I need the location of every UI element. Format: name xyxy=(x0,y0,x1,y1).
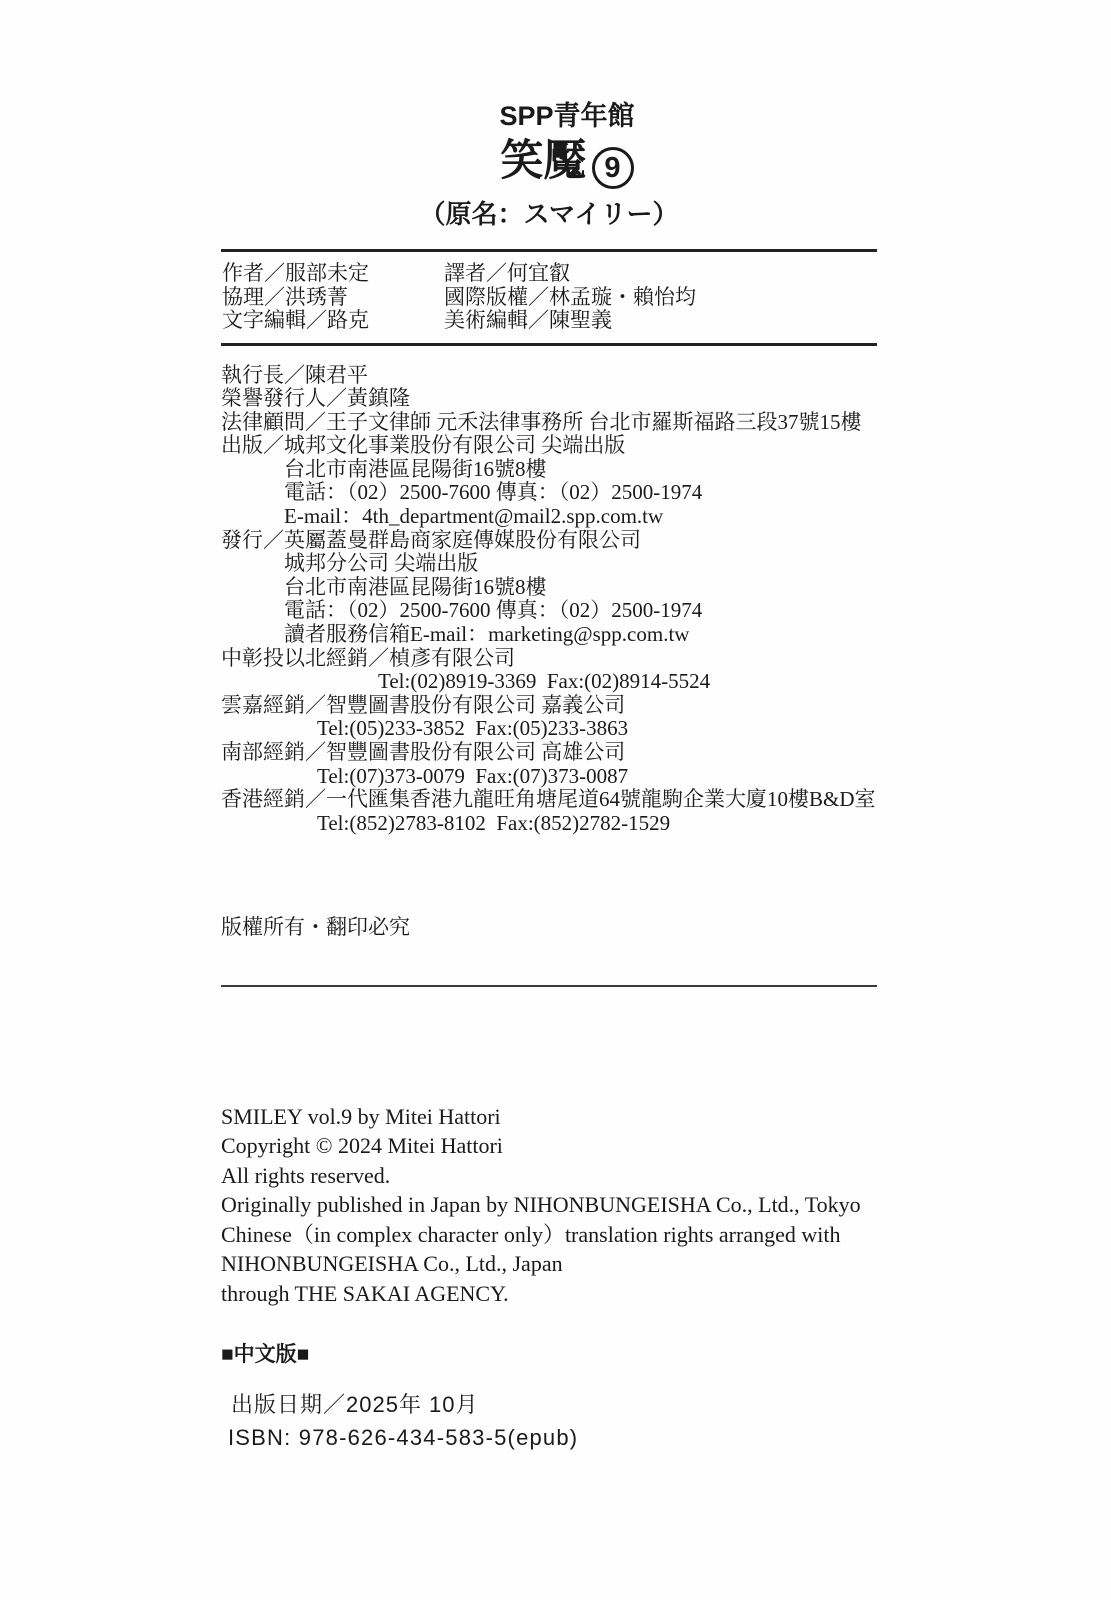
english-rights-line: SMILEY vol.9 by Mitei Hattori xyxy=(221,1102,913,1132)
credit-line: 譯者／何宜叡 xyxy=(444,262,696,286)
divider-credits xyxy=(221,343,877,346)
publishing-line: Tel:(852)2783-8102 Fax:(852)2782-1529 xyxy=(317,812,913,836)
publishing-line: 法律顧問／王子文律師 元禾法律事務所 台北市羅斯福路三段37號15樓 xyxy=(221,411,913,435)
credits-section: 作者／服部未定協理／洪琇菁文字編輯／路克 譯者／何宜叡國際版權／林孟璇・賴怡均美… xyxy=(221,252,913,343)
credit-line: 國際版權／林孟璇・賴怡均 xyxy=(444,286,696,310)
publishing-line: 中彰投以北經銷／楨彥有限公司 xyxy=(221,647,913,671)
publishing-line: 南部經銷／智豐圖書股份有限公司 高雄公司 xyxy=(221,741,913,765)
english-rights-section: SMILEY vol.9 by Mitei HattoriCopyright ©… xyxy=(221,1013,913,1308)
publishing-line: Tel:(05)233-3852 Fax:(05)233-3863 xyxy=(317,717,913,741)
credits-right-column: 譯者／何宜叡國際版權／林孟璇・賴怡均美術編輯／陳聖義 xyxy=(444,262,696,333)
imprint-label: SPP青年館 xyxy=(239,100,895,132)
english-rights-line: NIHONBUNGEISHA Co., Ltd., Japan xyxy=(221,1249,913,1279)
publishing-line: 香港經銷／一代匯集香港九龍旺角塘尾道64號龍駒企業大廈10樓B&D室 xyxy=(221,788,913,812)
publishing-line: E-mail：4th_department@mail2.spp.com.tw xyxy=(284,505,913,529)
english-rights-line: Chinese（in complex character only）transl… xyxy=(221,1220,913,1250)
publishing-line: 台北市南港區昆陽街16號8樓 xyxy=(284,576,913,600)
publishing-line: 發行／英屬蓋曼群島商家庭傳媒股份有限公司 xyxy=(221,529,913,553)
credit-line: 美術編輯／陳聖義 xyxy=(444,309,696,333)
english-rights-line: Originally published in Japan by NIHONBU… xyxy=(221,1190,913,1220)
publishing-line: 台北市南港區昆陽街16號8樓 xyxy=(284,458,913,482)
colophon-content: SPP青年館 笑魘9 （原名：スマイリー） 作者／服部未定協理／洪琇菁文字編輯／… xyxy=(221,0,913,1450)
english-rights-line: Copyright © 2024 Mitei Hattori xyxy=(221,1131,913,1161)
edition-label: ■中文版■ xyxy=(221,1343,913,1367)
publishing-info-section: 執行長／陳君平榮譽發行人／黃鎮隆法律顧問／王子文律師 元禾法律事務所 台北市羅斯… xyxy=(221,364,913,836)
english-rights-line: through THE SAKAI AGENCY. xyxy=(221,1279,913,1309)
credit-line: 作者／服部未定 xyxy=(222,262,444,286)
copyright-notice: 版權所有・翻印必究 xyxy=(221,915,913,939)
publishing-line: Tel:(02)8919-3369 Fax:(02)8914-5524 xyxy=(378,670,913,694)
isbn-number: ISBN: 978-626-434-583-5(epub) xyxy=(228,1426,913,1450)
colophon-page: SPP青年館 笑魘9 （原名：スマイリー） 作者／服部未定協理／洪琇菁文字編輯／… xyxy=(0,0,1111,1600)
book-header: SPP青年館 笑魘9 （原名：スマイリー） xyxy=(221,100,877,230)
publishing-line: 城邦分公司 尖端出版 xyxy=(284,552,913,576)
publishing-line: 執行長／陳君平 xyxy=(221,364,913,388)
publishing-line: 讀者服務信箱E-mail：marketing@spp.com.tw xyxy=(284,623,913,647)
publishing-line: 雲嘉經銷／智豐圖書股份有限公司 嘉義公司 xyxy=(221,694,913,718)
volume-badge: 9 xyxy=(592,147,634,189)
publication-date: 出版日期／2025年 10月 xyxy=(231,1393,913,1417)
divider-rights xyxy=(221,985,877,987)
book-title-text: 笑魘 xyxy=(501,137,587,185)
volume-number: 9 xyxy=(604,143,620,193)
credit-line: 協理／洪琇菁 xyxy=(222,286,444,310)
publishing-line: 出版／城邦文化事業股份有限公司 尖端出版 xyxy=(221,434,913,458)
publishing-line: 榮譽發行人／黃鎮隆 xyxy=(221,387,913,411)
english-rights-line: All rights reserved. xyxy=(221,1161,913,1191)
original-title: （原名：スマイリー） xyxy=(221,198,877,230)
publishing-line: 電話：（02）2500-7600 傳真：（02）2500-1974 xyxy=(284,481,913,505)
book-title: 笑魘9 xyxy=(239,136,895,189)
credits-left-column: 作者／服部未定協理／洪琇菁文字編輯／路克 xyxy=(222,262,444,333)
credit-line: 文字編輯／路克 xyxy=(222,309,444,333)
publishing-line: Tel:(07)373-0079 Fax:(07)373-0087 xyxy=(317,765,913,789)
publishing-line: 電話：（02）2500-7600 傳真：（02）2500-1974 xyxy=(284,599,913,623)
